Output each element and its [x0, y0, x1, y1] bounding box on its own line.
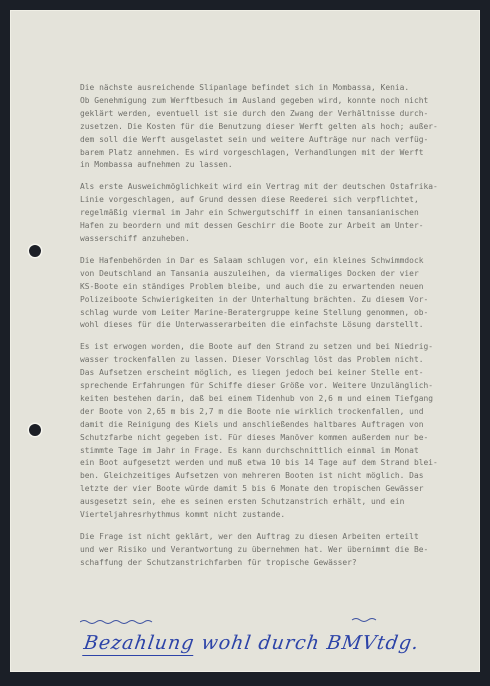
text-line: und wer Risiko und Verantwortung zu über… [80, 544, 470, 557]
punch-hole-top [29, 245, 41, 257]
paragraph-open-question: Die Frage ist nicht geklärt, wer den Auf… [80, 531, 470, 570]
text-line: Linie vorgeschlagen, auf Grund dessen di… [80, 194, 470, 207]
text-line: ausgesetzt sein, ehe es seinen ersten Sc… [80, 496, 470, 509]
text-line: zusetzen. Die Kosten für die Benutzung d… [80, 121, 470, 134]
punch-hole-bottom [29, 424, 41, 436]
text-line: Die Hafenbehörden in Dar es Salaam schlu… [80, 255, 470, 268]
handwritten-rest: wohl durch BMVtdg. [200, 632, 421, 654]
text-line: Vierteljahresrhythmus kommt nicht zustan… [80, 509, 470, 522]
text-line: schlag wurde vom Leiter Marine-Beratergr… [80, 307, 470, 320]
text-line: sprechende Erfahrungen für Schiffe diese… [80, 380, 470, 393]
text-line: schaffung der Schutzanstrichfarben für t… [80, 557, 470, 570]
text-line: in Mombassa aufnehmen zu lassen. [80, 159, 470, 172]
text-line: letzte der vier Boote würde damit 5 bis … [80, 483, 470, 496]
text-line: barem Platz annehmen. Es wird vorgeschla… [80, 147, 470, 160]
text-line: Es ist erwogen worden, die Boote auf den… [80, 341, 470, 354]
text-line: Die nächste ausreichende Slipanlage befi… [80, 82, 470, 95]
text-line: Das Aufsetzen erscheint möglich, es lieg… [80, 367, 470, 380]
text-line: Als erste Ausweichmöglichkeit wird ein V… [80, 181, 470, 194]
text-line: dem soll die Werft ausgelastet sein und … [80, 134, 470, 147]
paragraph-shipping-line: Als erste Ausweichmöglichkeit wird ein V… [80, 181, 470, 246]
text-line: Ob Genehmigung zum Werftbesuch im Auslan… [80, 95, 470, 108]
text-line: wasser trockenfallen zu lassen. Dieser V… [80, 354, 470, 367]
text-line: Die Frage ist nicht geklärt, wer den Auf… [80, 531, 470, 544]
paragraph-slipway: Die nächste ausreichende Slipanlage befi… [80, 82, 470, 172]
paragraph-beaching: Es ist erwogen worden, die Boote auf den… [80, 341, 470, 522]
text-line: wasserschiff anzuheben. [80, 233, 470, 246]
text-line: ein Boot aufgesetzt werden und muß etwa … [80, 457, 470, 470]
text-line: ben. Gleichzeitiges Aufsetzen von mehrer… [80, 470, 470, 483]
text-line: Schutzfarbe nicht gegeben ist. Für diese… [80, 432, 470, 445]
text-line: Hafen zu beordern und mit dessen Geschir… [80, 220, 470, 233]
text-line: von Deutschland an Tansania auszuleihen,… [80, 268, 470, 281]
handwritten-underlined-word: Bezahlung [82, 632, 196, 656]
paragraph-floating-dock: Die Hafenbehörden in Dar es Salaam schlu… [80, 255, 470, 332]
handwritten-annotation: Bezahlung wohl durch BMVtdg. [82, 632, 420, 654]
text-line: regelmäßig viermal im Jahr ein Schwergut… [80, 207, 470, 220]
text-line: stimmte Tage im Jahr in Frage. Es kann d… [80, 445, 470, 458]
text-line: Polizeiboote Schwierigkeiten in der Unte… [80, 294, 470, 307]
text-line: keiten bestehen darin, daß bei einem Tid… [80, 393, 470, 406]
text-line: wohl dieses für die Unterwasserarbeiten … [80, 319, 470, 332]
text-line: KS-Boote ein ständiges Problem bleibe, u… [80, 281, 470, 294]
typewritten-body: Die nächste ausreichende Slipanlage befi… [80, 82, 470, 579]
wavy-underline-mark [80, 614, 480, 634]
text-line: der Boote von 2,65 m bis 2,7 m die Boote… [80, 406, 470, 419]
text-line: geklärt werden, eventuell ist sie durch … [80, 108, 470, 121]
text-line: damit die Reinigung des Kiels und anschl… [80, 419, 470, 432]
